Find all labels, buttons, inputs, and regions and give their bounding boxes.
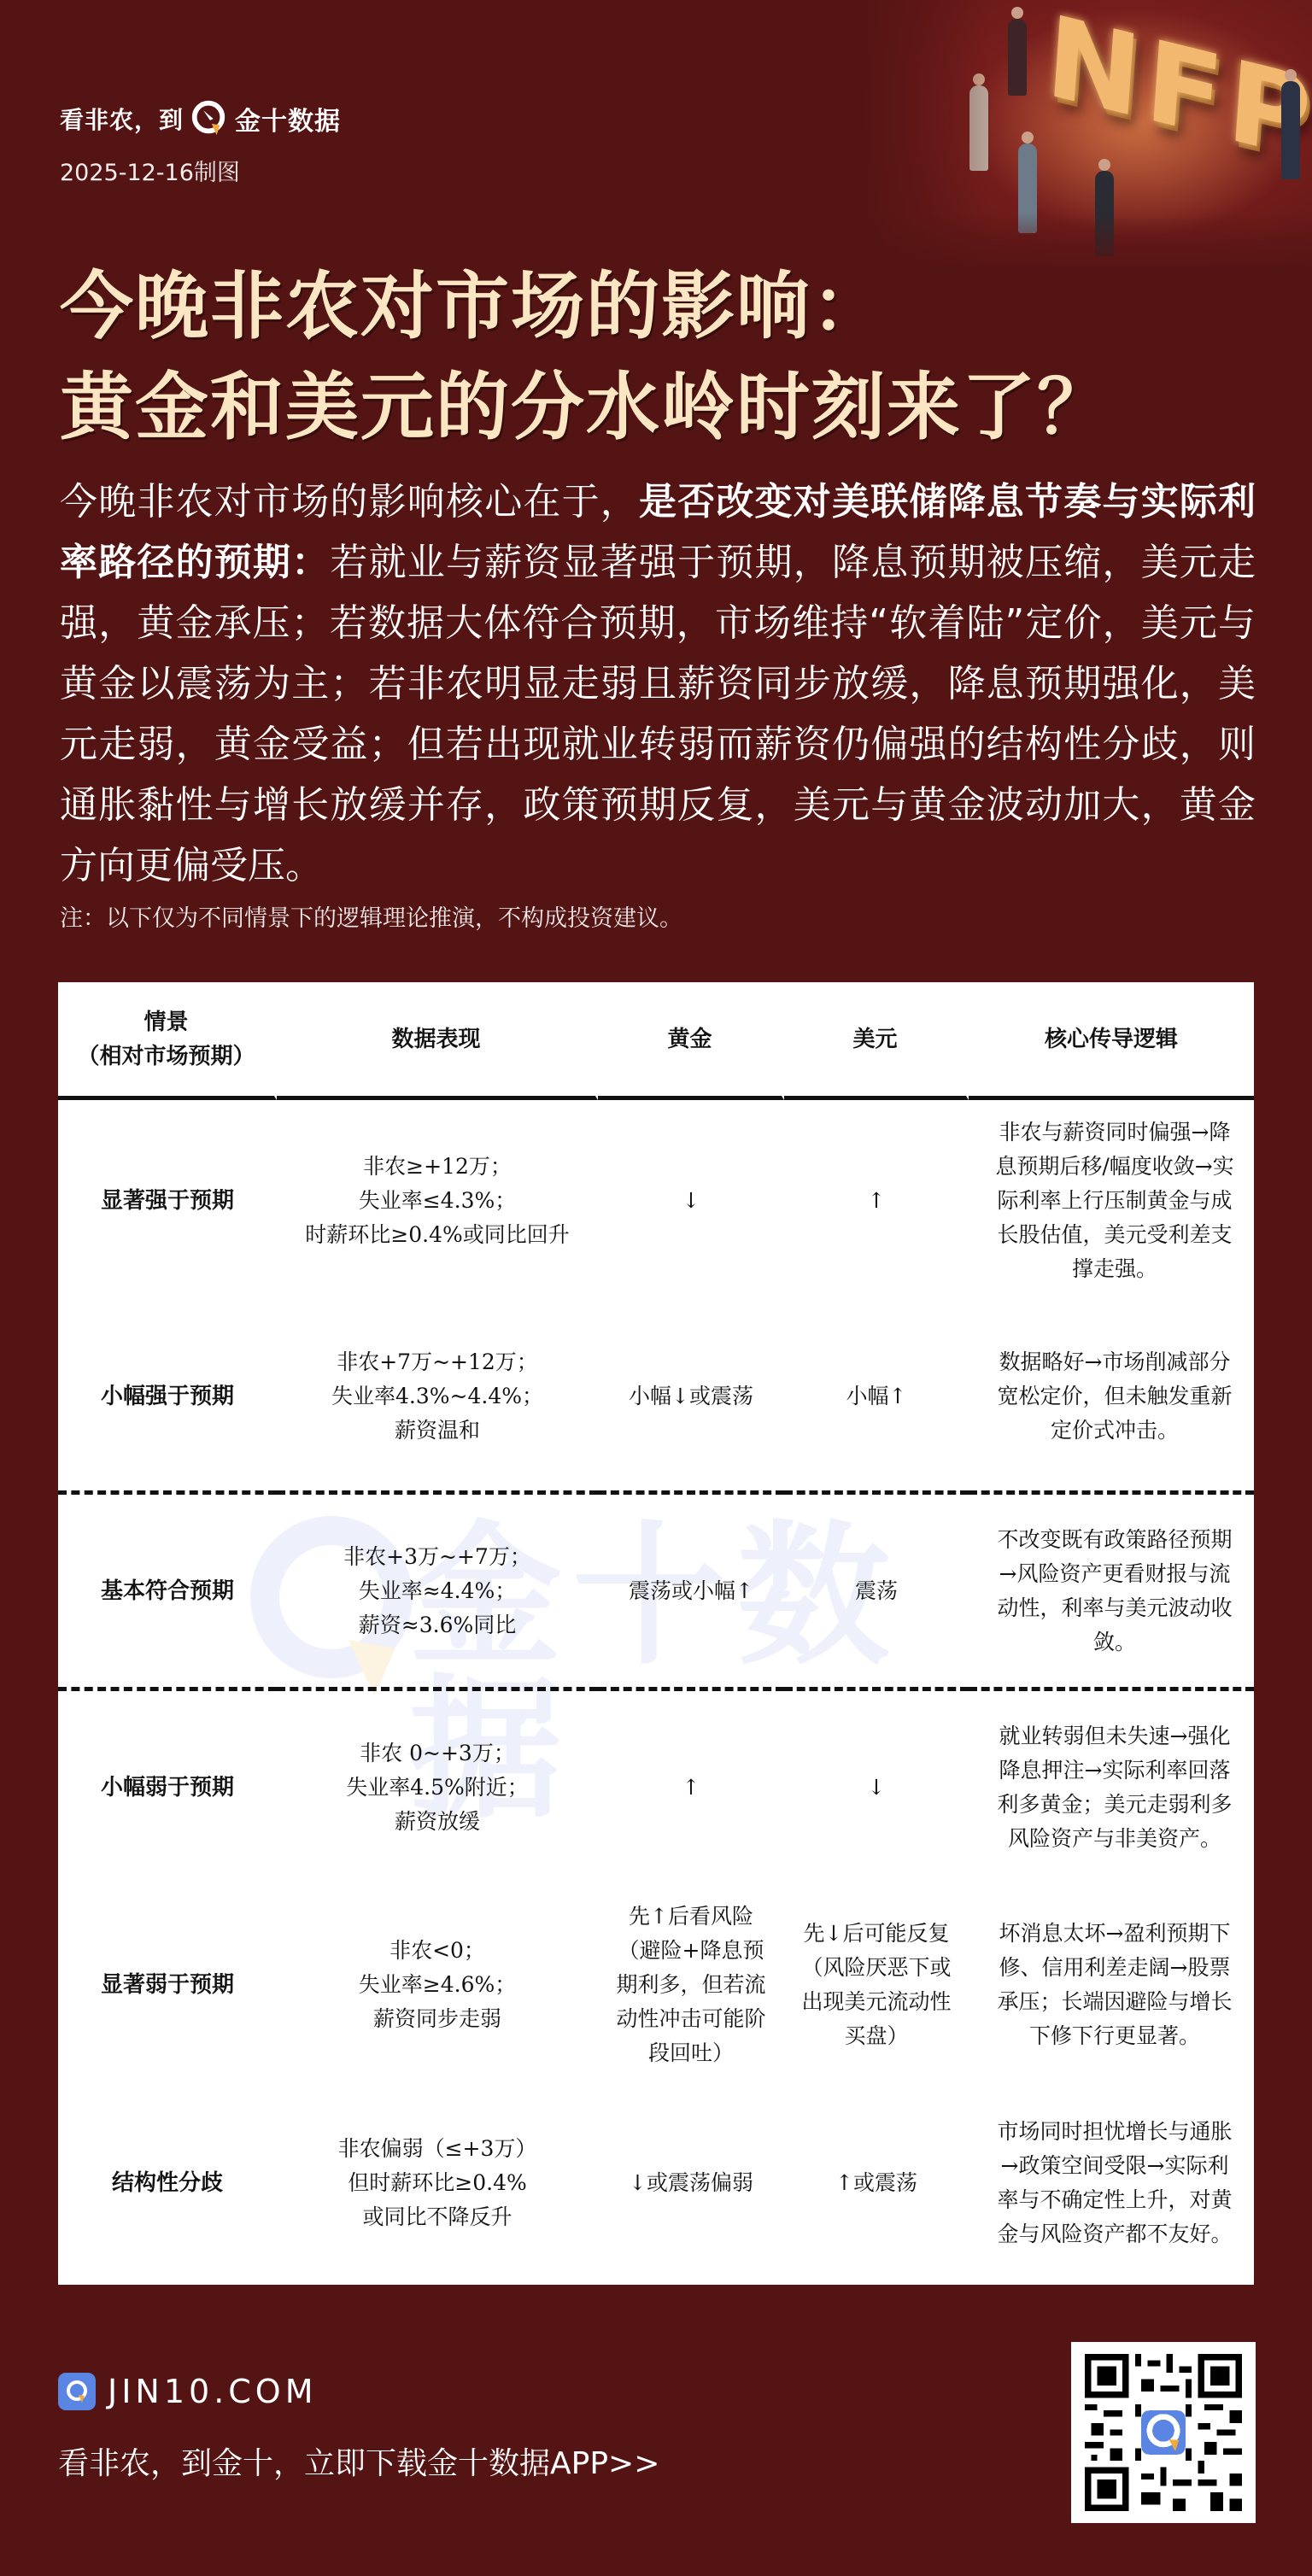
usd-cell: 先↓后可能反复（风险厌恶下或出现美元流动性买盘） xyxy=(784,1884,969,2086)
usd-cell: ↑ xyxy=(784,1100,969,1302)
page-title: 今晚非农对市场的影响： 黄金和美元的分水岭时刻来了？ xyxy=(60,256,1273,458)
table-row: 显著弱于预期 非农<0；失业率≥4.6%；薪资同步走弱 先↑后看风险（避险+降息… xyxy=(58,1884,1254,2086)
table-row: 小幅弱于预期 非农 0~+3万；失业率4.5%附近；薪资放缓 ↑ ↓ 就业转弱但… xyxy=(58,1691,1254,1884)
data-cell: 非农+3万~+7万；失业率≈4.4%；薪资≈3.6%同比 xyxy=(277,1495,598,1691)
header-gold: 黄金 xyxy=(598,982,784,1100)
title-line-2: 黄金和美元的分水岭时刻来了？ xyxy=(60,357,1273,458)
table-row: 显著强于预期 非农≥+12万；失业率≤4.3%；时薪环比≥0.4%或同比回升 ↓… xyxy=(58,1100,1254,1302)
logic-cell: 非农与薪资同时偏强→降息预期后移/幅度收敛→实际利率上行压制黄金与成长股估值，美… xyxy=(969,1100,1254,1302)
usd-cell: 震荡 xyxy=(784,1495,969,1691)
scenario-cell: 基本符合预期 xyxy=(58,1495,277,1691)
logic-cell: 市场同时担忧增长与通胀→政策空间受限→实际利率与不确定性上升，对黄金与风险资产都… xyxy=(969,2086,1254,2280)
download-app-link[interactable]: 看非农，到金十，立即下载金十数据APP>> xyxy=(58,2439,659,2483)
qr-code-icon xyxy=(1083,2354,1244,2511)
data-cell: 非农≥+12万；失业率≤4.3%；时薪环比≥0.4%或同比回升 xyxy=(277,1100,598,1302)
scenario-table: 情景 （相对市场预期） 数据表现 黄金 美元 核心传导逻辑 显著强于预期 非农≥… xyxy=(58,982,1254,2280)
figure-icon xyxy=(1008,19,1027,96)
logic-cell: 坏消息太坏→盈利预期下修、信用利差走阔→股票承压；长端因避险与增长下修下行更显著… xyxy=(969,1884,1254,2086)
hero-image-nfp: NFP xyxy=(854,0,1312,273)
usd-cell: ↓ xyxy=(784,1691,969,1884)
figure-icon xyxy=(1281,81,1300,179)
footer-site-link[interactable]: JIN10.COM xyxy=(58,2373,318,2410)
intro-part-2: 若就业与薪资显著强于预期，降息预期被压缩，美元走强，黄金承压；若数据大体符合预期… xyxy=(60,541,1256,887)
usd-cell: ↑或震荡 xyxy=(784,2086,969,2280)
data-cell: 非农+7万~+12万；失业率4.3%~4.4%；薪资温和 xyxy=(277,1302,598,1495)
gold-cell: ↑ xyxy=(598,1691,784,1884)
scenario-cell: 小幅弱于预期 xyxy=(58,1691,277,1884)
data-cell: 非农 0~+3万；失业率4.5%附近；薪资放缓 xyxy=(277,1691,598,1884)
gold-cell: 小幅↓或震荡 xyxy=(598,1302,784,1495)
header-usd: 美元 xyxy=(784,982,969,1100)
gold-cell: ↓或震荡偏弱 xyxy=(598,2086,784,2280)
scenario-cell: 小幅强于预期 xyxy=(58,1302,277,1495)
brand-name: 金十数据 xyxy=(235,100,341,138)
scenario-cell: 显著弱于预期 xyxy=(58,1884,277,2086)
site-name: JIN10.COM xyxy=(108,2373,318,2410)
gold-cell: 先↑后看风险（避险+降息预期利多，但若流动性冲击可能阶段回吐） xyxy=(598,1884,784,2086)
brand-prefix: 看非农，到 xyxy=(60,102,184,136)
intro-paragraph: 今晚非农对市场的影响核心在于，是否改变对美联储降息节奏与实际利率路径的预期：若就… xyxy=(60,471,1256,896)
logic-cell: 数据略好→市场削减部分宽松定价，但未触发重新定价式冲击。 xyxy=(969,1302,1254,1495)
header-data: 数据表现 xyxy=(277,982,598,1100)
table-row: 基本符合预期 非农+3万~+7万；失业率≈4.4%；薪资≈3.6%同比 震荡或小… xyxy=(58,1495,1254,1691)
data-cell: 非农偏弱（≤+3万）但时薪环比≥0.4%或同比不降反升 xyxy=(277,2086,598,2280)
jin10-logo-icon xyxy=(189,99,228,138)
title-line-1: 今晚非农对市场的影响： xyxy=(60,256,1273,357)
table-row: 结构性分歧 非农偏弱（≤+3万）但时薪环比≥0.4%或同比不降反升 ↓或震荡偏弱… xyxy=(58,2086,1254,2280)
logic-cell: 不改变既有政策路径预期→风险资产更看财报与流动性，利率与美元波动收敛。 xyxy=(969,1495,1254,1691)
table-header-row: 情景 （相对市场预期） 数据表现 黄金 美元 核心传导逻辑 xyxy=(58,982,1254,1100)
date-label: 2025-12-16制图 xyxy=(60,154,240,187)
scenario-table-card: 金十数据 情景 （相对市场预期） 数据表现 黄金 美元 核心传导逻辑 显著强于预… xyxy=(58,982,1254,2285)
gold-cell: 震荡或小幅↑ xyxy=(598,1495,784,1691)
table-row: 小幅强于预期 非农+7万~+12万；失业率4.3%~4.4%；薪资温和 小幅↓或… xyxy=(58,1302,1254,1495)
hero-nfp-text: NFP xyxy=(1043,0,1312,178)
disclaimer-note: 注：以下仅为不同情景下的逻辑理论推演，不构成投资建议。 xyxy=(60,899,682,933)
brand-line: 看非农，到 金十数据 xyxy=(60,99,341,138)
qr-code[interactable] xyxy=(1071,2342,1256,2523)
header-logic: 核心传导逻辑 xyxy=(969,982,1254,1100)
logic-cell: 就业转弱但未失速→强化降息押注→实际利率回落利多黄金；美元走弱利多风险资产与非美… xyxy=(969,1691,1254,1884)
intro-part-1: 今晚非农对市场的影响核心在于， xyxy=(60,480,639,524)
header-scenario: 情景 （相对市场预期） xyxy=(58,982,277,1100)
gold-cell: ↓ xyxy=(598,1100,784,1302)
usd-cell: 小幅↑ xyxy=(784,1302,969,1495)
scenario-cell: 结构性分歧 xyxy=(58,2086,277,2280)
data-cell: 非农<0；失业率≥4.6%；薪资同步走弱 xyxy=(277,1884,598,2086)
jin10-app-icon xyxy=(58,2373,96,2410)
scenario-cell: 显著强于预期 xyxy=(58,1100,277,1302)
